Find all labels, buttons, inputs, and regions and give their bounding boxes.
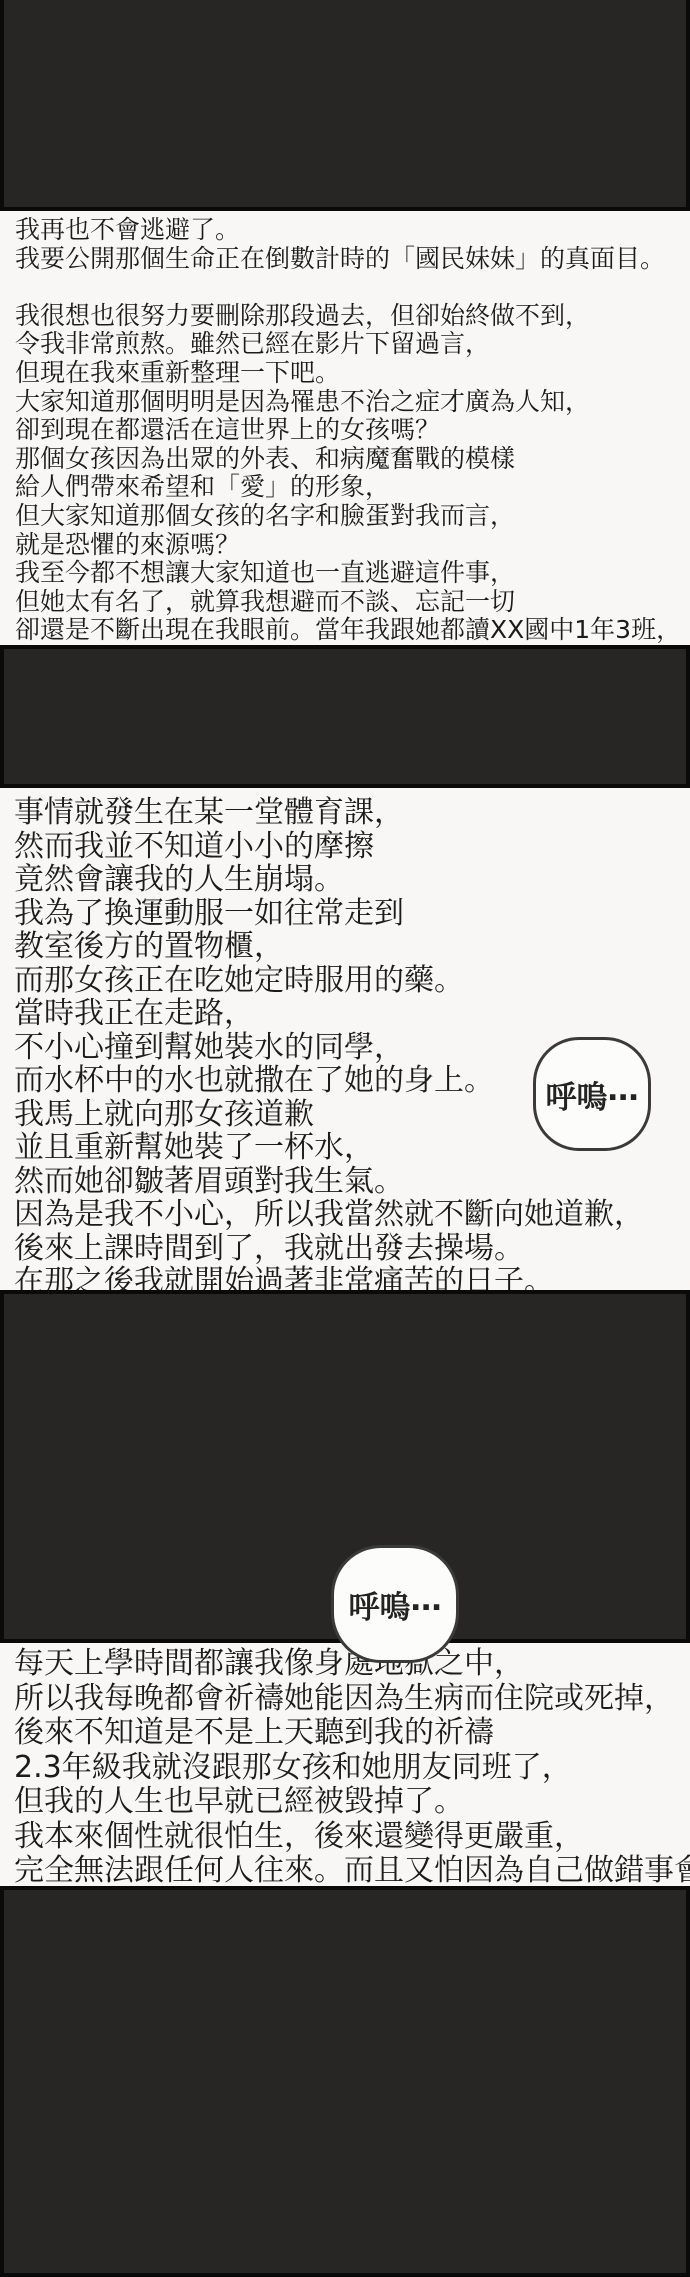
- narration-line: 我至今都不想讓大家知道也一直逃避這件事，: [15, 559, 682, 588]
- narration-line: 我再也不會逃避了。: [15, 216, 682, 245]
- narration-section-aftermath: 每天上學時間都讓我像身處地獄之中， 所以我每晚都會祈禱她能因為生病而住院或死掉，…: [0, 1643, 690, 1886]
- dark-panel-divider-1: [0, 645, 690, 788]
- narration-line: 在那之後我就開始過著非常痛苦的日子。: [14, 1265, 682, 1290]
- narration-line: 給人們帶來希望和「愛」的形象，: [15, 473, 682, 502]
- narration-line: 我很想也很努力要刪除那段過去，但卻始終做不到，: [15, 302, 682, 331]
- narration-section-intro: 我再也不會逃避了。 我要公開那個生命正在倒數計時的「國民妹妹」的真面目。 我很想…: [0, 211, 690, 645]
- speech-bubble-text: 呼嗚⋯: [349, 1582, 442, 1627]
- narration-line: 而那女孩正在吃她定時服用的藥。: [14, 964, 682, 998]
- narration-line: 後來上課時間到了，我就出發去操場。: [14, 1232, 682, 1266]
- narration-line: 然而我並不知道小小的摩擦: [14, 830, 682, 864]
- narration-line: 教室後方的置物櫃，: [14, 930, 682, 964]
- narration-line: 完全無法跟任何人往來。而且又怕因為自己做錯事會: [14, 1854, 682, 1886]
- narration-line: 2.3年級我就沒跟那女孩和她朋友同班了，: [14, 1751, 682, 1786]
- narration-line: 竟然會讓我的人生崩塌。: [14, 863, 682, 897]
- narration-line: 卻還是不斷出現在我眼前。當年我跟她都讀XX國中1年3班，: [15, 616, 682, 645]
- dark-panel-bottom: [0, 1886, 690, 2277]
- narration-line: 但她太有名了，就算我想避而不談、忘記一切: [15, 588, 682, 617]
- narration-line: 每天上學時間都讓我像身處地獄之中，: [14, 1647, 682, 1682]
- narration-line: 卻到現在都還活在這世界上的女孩嗎？: [15, 416, 682, 445]
- narration-line: 令我非常煎熬。雖然已經在影片下留過言，: [15, 330, 682, 359]
- narration-line: 但現在我來重新整理一下吧。: [15, 359, 682, 388]
- narration-line: 就是恐懼的來源嗎？: [15, 531, 682, 560]
- narration-line: 當時我正在走路，: [14, 997, 682, 1031]
- narration-line: 我要公開那個生命正在倒數計時的「國民妹妹」的真面目。: [15, 245, 682, 274]
- narration-line: 事情就發生在某一堂體育課，: [14, 796, 682, 830]
- narration-line: 那個女孩因為出眾的外表、和病魔奮戰的模樣: [15, 445, 682, 474]
- narration-line: 然而她卻皺著眉頭對我生氣。: [14, 1165, 682, 1199]
- speech-bubble-sob-2: 呼嗚⋯: [331, 1545, 459, 1663]
- speech-bubble-text: 呼嗚⋯: [546, 1072, 639, 1117]
- narration-line: 我本來個性就很怕生，後來還變得更嚴重，: [14, 1820, 682, 1855]
- narration-line: 後來不知道是不是上天聽到我的祈禱: [14, 1716, 682, 1751]
- webtoon-page: 我再也不會逃避了。 我要公開那個生命正在倒數計時的「國民妹妹」的真面目。 我很想…: [0, 0, 690, 2277]
- narration-line: 但我的人生也早就已經被毀掉了。: [14, 1785, 682, 1820]
- speech-bubble-sob-1: 呼嗚⋯: [533, 1037, 651, 1151]
- dark-panel-top: [0, 0, 690, 211]
- narration-line: 所以我每晚都會祈禱她能因為生病而住院或死掉，: [14, 1682, 682, 1717]
- narration-line: 但大家知道那個女孩的名字和臉蛋對我而言，: [15, 502, 682, 531]
- narration-line: 大家知道那個明明是因為罹患不治之症才廣為人知，: [15, 388, 682, 417]
- narration-line-blank: [15, 273, 682, 302]
- narration-line: 我為了換運動服一如往常走到: [14, 897, 682, 931]
- narration-line: 因為是我不小心，所以我當然就不斷向她道歉，: [14, 1198, 682, 1232]
